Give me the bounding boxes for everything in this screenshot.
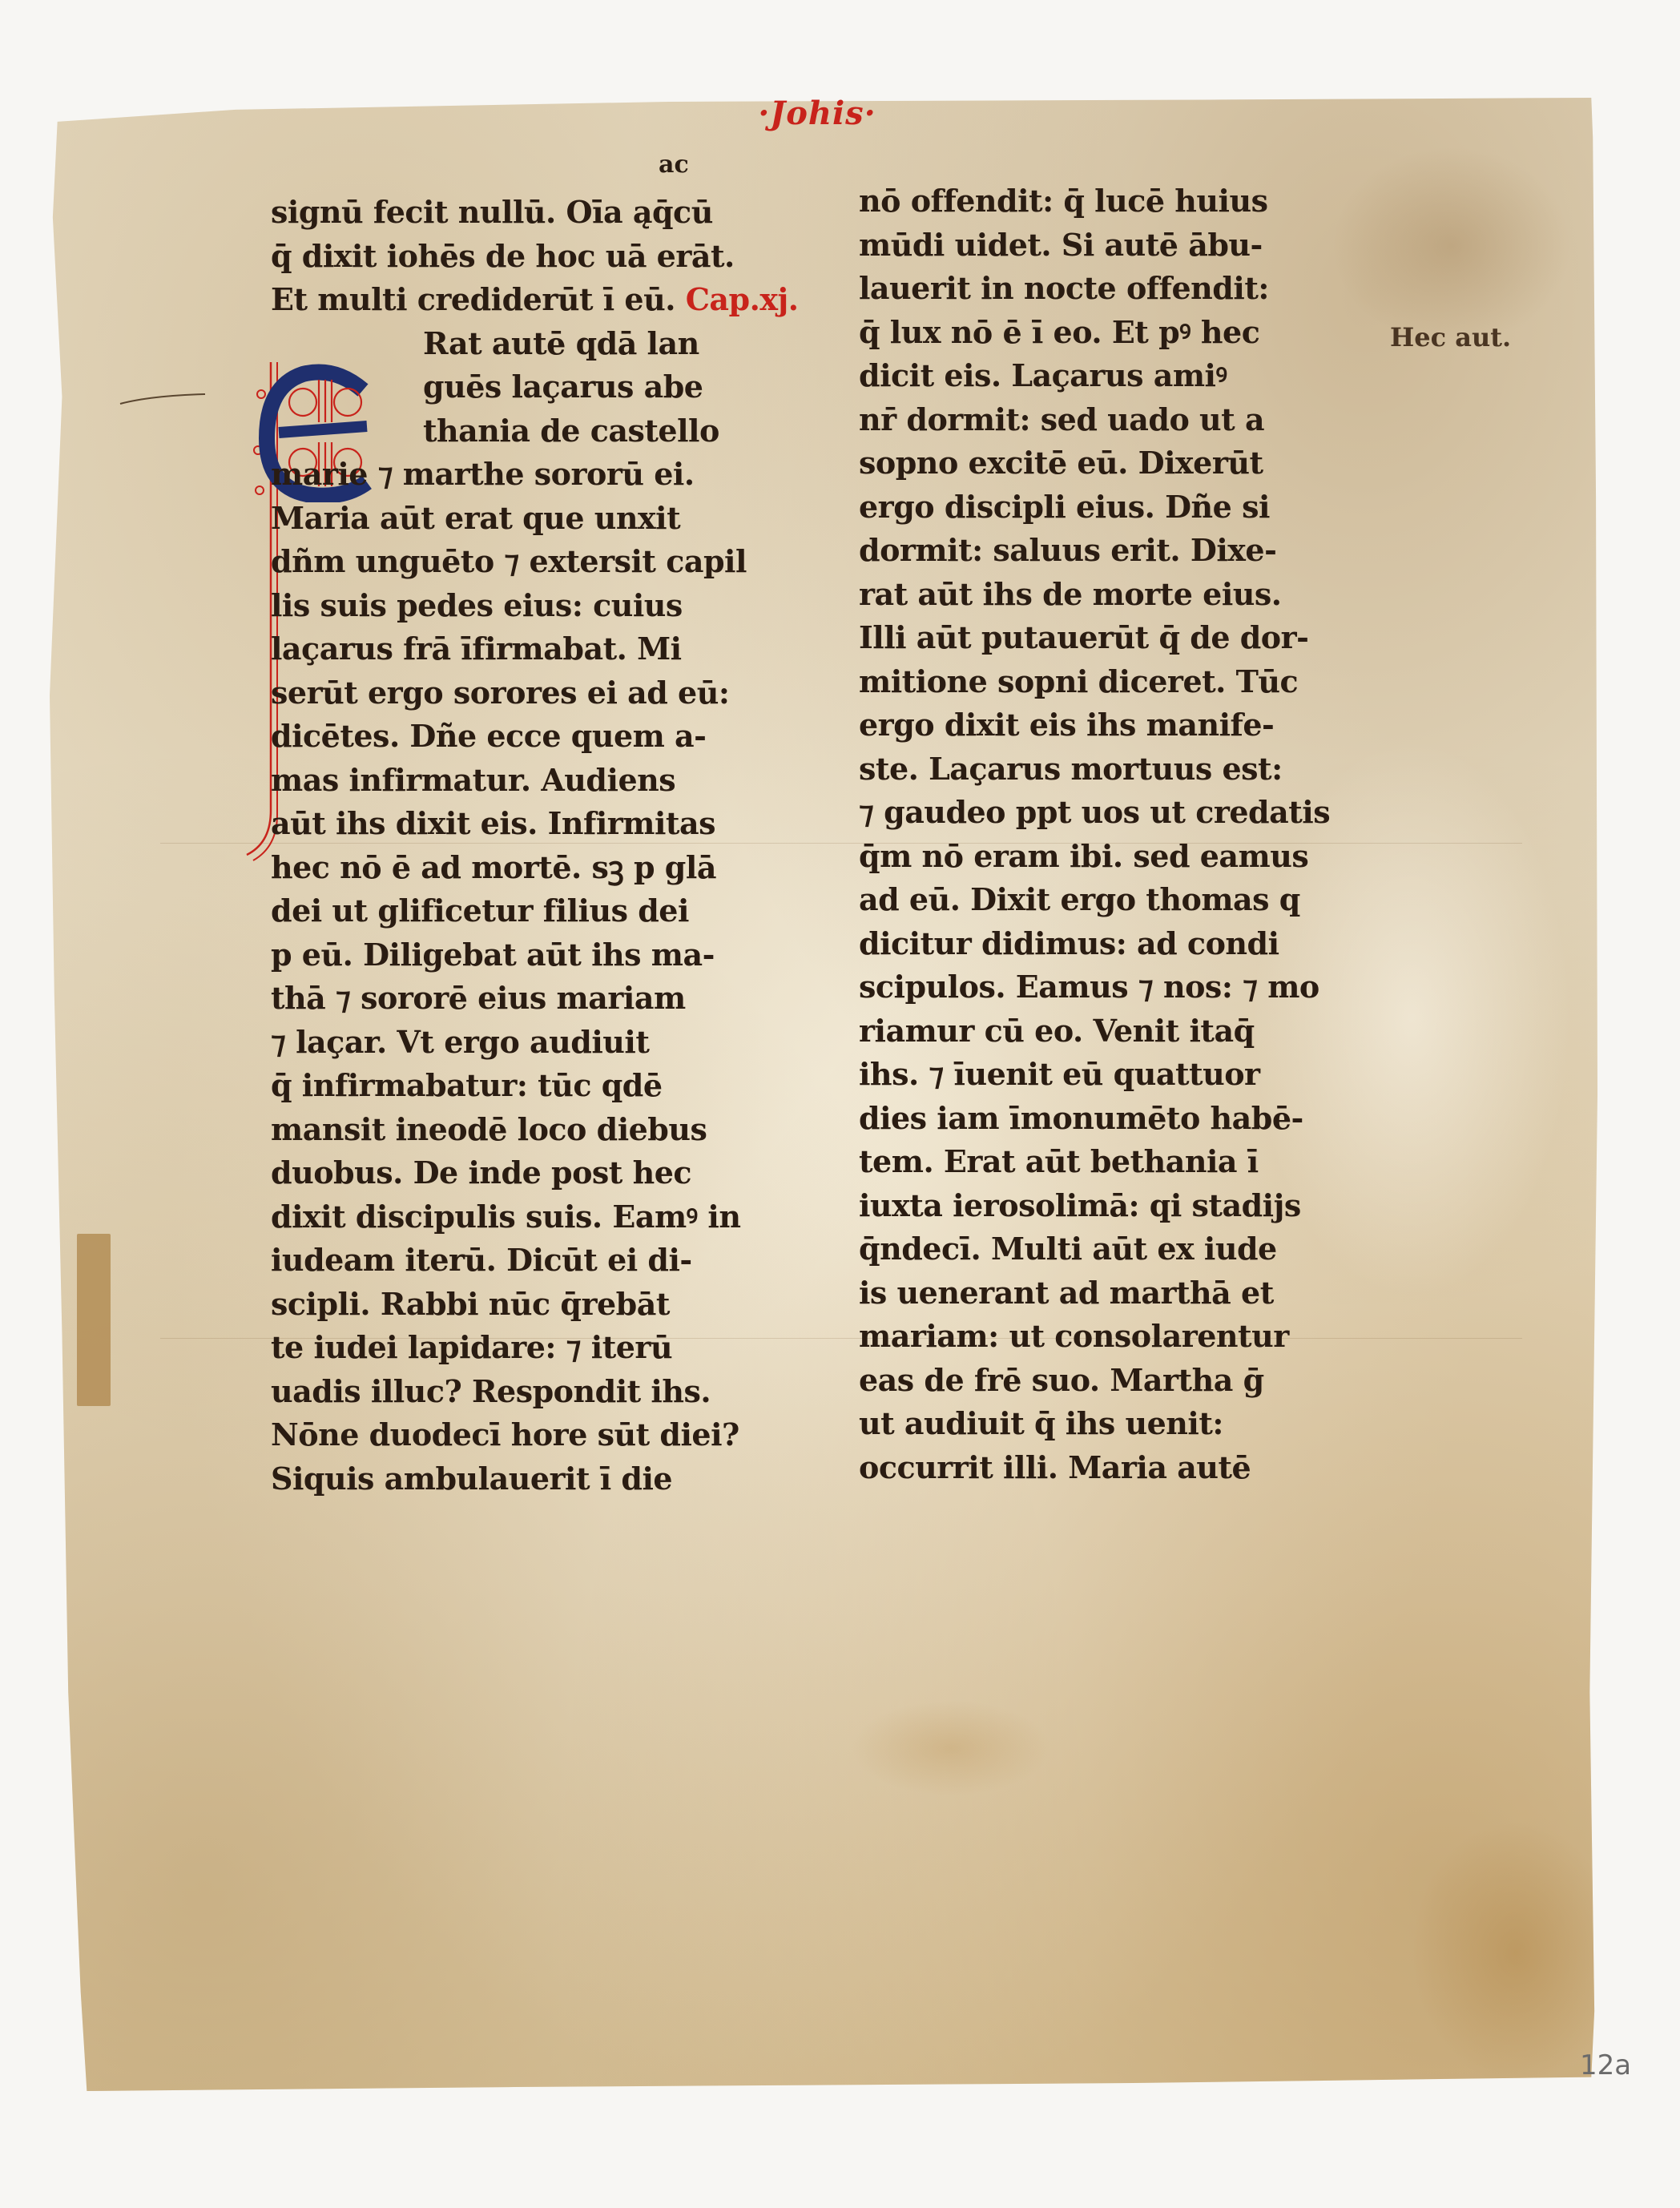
text-line: mariam: ut consolarentur [859, 1315, 1388, 1359]
text-line: dicētes. Dñe ecce quem a- [271, 715, 804, 759]
text-line: mitione sopni diceret. Tūc [859, 660, 1388, 704]
text-line: dei ut glificetur filius dei [271, 889, 804, 933]
margin-pen-stroke [119, 393, 207, 409]
text-line: ut audiuit q̄ ihs uenit: [859, 1402, 1388, 1446]
text-line: riamur cū eo. Venit itaq̄ [859, 1009, 1388, 1054]
text-line: iuxta ierosolimā: qi stadijs [859, 1184, 1388, 1228]
text-line: ihs. ⁊ īuenit eū quattuor [859, 1053, 1388, 1097]
text-line: lis suis pedes eius: cuius [271, 584, 804, 628]
text-line: dormit: saluus erit. Dixe- [859, 529, 1388, 573]
text-line: mūdi uidet. Si autē ābu- [859, 224, 1388, 268]
text-line: ergo dixit eis ihs manife- [859, 703, 1388, 747]
text-line: dixit discipulis suis. Eamꝰ in [271, 1195, 804, 1239]
interlinear-correction: ac [659, 151, 689, 179]
running-title: ·Johis· [745, 95, 889, 132]
text-line: nō offendit: q̄ lucē huius [859, 179, 1388, 224]
text-line: dicitur didimus: ad condi [859, 922, 1388, 966]
text-line: ad eū. Dixit ergo thomas q [859, 878, 1388, 922]
text-line: signū fecit nullū. Oīa ąq̄cū [271, 191, 804, 235]
stain [851, 1700, 1051, 1796]
text-line: q̄ dixit iohēs de hoc uā erāt. [271, 235, 804, 279]
text-line: te iudei lapidare: ⁊ iterū [271, 1326, 804, 1370]
text-line: p eū. Diligebat aūt ihs ma- [271, 933, 804, 977]
right-text-column: nō offendit: q̄ lucē huius mūdi uidet. S… [859, 179, 1388, 1489]
stain [1412, 1820, 1620, 2085]
text-line: mas infirmatur. Audiens [271, 759, 804, 803]
text-line: dies iam īmonumēto habē- [859, 1097, 1388, 1141]
text-line: hec nō ē ad mortē. sꝫ p glā [271, 846, 804, 890]
text-line: guēs laçarus abe [271, 365, 804, 409]
text-line-with-chapter: Et multi crediderūt ī eū. Cap.xj. [271, 278, 804, 322]
text-line: scipli. Rabbi nūc q̄rebāt [271, 1283, 804, 1327]
text-line: laçarus frā īfirmabat. Mi [271, 627, 804, 671]
text-line: scipulos. Eamus ⁊ nos: ⁊ mo [859, 965, 1388, 1009]
text-line: Siquis ambulauerit ī die [271, 1457, 804, 1501]
text-line: duobus. De inde post hec [271, 1151, 804, 1195]
text-line: iudeam iterū. Dicūt ei di- [271, 1239, 804, 1283]
text-line: tem. Erat aūt bethania ī [859, 1140, 1388, 1184]
text-line: thania de castello [271, 409, 804, 453]
text-line: dñm unguēto ⁊ extersit capil [271, 540, 804, 584]
text-line: thā ⁊ sororē eius mariam [271, 977, 804, 1021]
text-line: uadis illuc? Respondit ihs. [271, 1370, 804, 1414]
text-line: lauerit in nocte offendit: [859, 267, 1388, 311]
folio-number: 12a [1580, 2049, 1631, 2081]
text-line: rat aūt ihs de morte eius. [859, 573, 1388, 617]
text-line: eas de frē suo. Martha ḡ [859, 1359, 1388, 1403]
text-line: mansit ineodē loco diebus [271, 1108, 804, 1152]
text-line: serūt ergo sorores ei ad eū: [271, 671, 804, 715]
text-line: Nōne duodecī hore sūt diei? [271, 1413, 804, 1457]
text-line: occurrit illi. Maria autē [859, 1446, 1388, 1490]
text-line: ⁊ gaudeo ppt uos ut credatis [859, 791, 1388, 835]
text-line: q̄ndecī. Multi aūt ex iude [859, 1227, 1388, 1271]
text-line: ⁊ laçar. Vt ergo audiuit [271, 1021, 804, 1065]
text-line: ergo discipli eius. Dñe si [859, 486, 1388, 530]
text-line: q̄ lux nō ē ī eo. Et pꝰ hec [859, 311, 1388, 355]
text-line: sopno excitē eū. Dixerūt [859, 441, 1388, 486]
marginal-note: Hec aut. [1390, 322, 1511, 353]
text-line: marie ⁊ marthe sororū ei. [271, 453, 804, 497]
text-line: Illi aūt putauerūt q̄ de dor- [859, 616, 1388, 660]
text-line: ste. Laçarus mortuus est: [859, 747, 1388, 792]
text-line: aūt ihs dixit eis. Infirmitas [271, 802, 804, 846]
text-line: nr̄ dormit: sed uado ut a [859, 398, 1388, 442]
left-text-column: signū fecit nullū. Oīa ąq̄cū q̄ dixit io… [271, 191, 804, 1501]
text-segment: Et multi crediderūt ī eū. [271, 281, 675, 317]
text-line: q̄ infirmabatur: tūc qdē [271, 1064, 804, 1108]
repair-tab [77, 1234, 111, 1406]
text-line: Rat autē qdā lan [271, 322, 804, 366]
chapter-label: Cap.xj. [686, 281, 799, 317]
text-line: is uenerant ad marthā et [859, 1271, 1388, 1316]
text-line: dicit eis. Laçarus amiꝰ [859, 354, 1388, 398]
text-line: Maria aūt erat que unxit [271, 497, 804, 541]
text-line: q̄m nō eram ibi. sed eamus [859, 835, 1388, 879]
